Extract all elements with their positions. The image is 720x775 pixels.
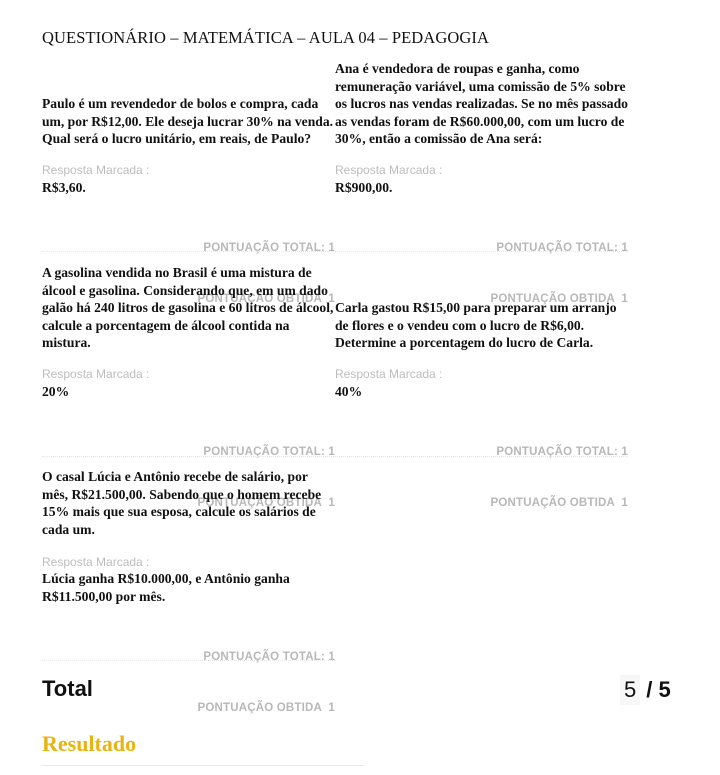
- question-card: O casal Lúcia e Antônio recebe de salári…: [42, 468, 335, 653]
- question-card: A gasolina vendida no Brasil é uma mistu…: [42, 264, 335, 444]
- result-divider: [42, 765, 364, 766]
- divider: [42, 660, 335, 661]
- score-obtained: PONTUAÇÃO OBTIDA 1: [197, 700, 335, 717]
- divider: [42, 251, 628, 252]
- total-score: 5 / 5: [620, 675, 671, 705]
- question-card: Paulo é um revendedor de bolos e compra,…: [42, 60, 335, 240]
- score-max-total: / 5: [646, 677, 670, 703]
- question-text: Ana é vendedora de roupas e ganha, como …: [335, 60, 635, 148]
- answer-label: Resposta Marcada :: [335, 163, 442, 177]
- score-obtained-total: 5: [620, 675, 640, 705]
- answer-label: Resposta Marcada :: [42, 367, 149, 381]
- answer-label: Resposta Marcada :: [42, 555, 149, 569]
- answer-text: R$900,00.: [335, 179, 625, 197]
- question-card: Carla gastou R$15,00 para preparar um ar…: [335, 264, 628, 444]
- answer-label: Resposta Marcada :: [335, 367, 442, 381]
- divider: [42, 456, 628, 457]
- answer-label: Resposta Marcada :: [42, 163, 149, 177]
- answer-text: 20%: [42, 383, 332, 401]
- question-text: O casal Lúcia e Antônio recebe de salári…: [42, 468, 342, 538]
- answer-text: 40%: [335, 383, 625, 401]
- answer-text: R$3,60.: [42, 179, 332, 197]
- score-total: PONTUAÇÃO TOTAL: 1: [490, 444, 628, 461]
- result-heading: Resultado: [42, 731, 136, 757]
- question-text: A gasolina vendida no Brasil é uma mistu…: [42, 264, 342, 352]
- score-block: PONTUAÇÃO TOTAL: 1 PONTUAÇÃO OBTIDA 1: [197, 615, 335, 751]
- question-row: O casal Lúcia e Antônio recebe de salári…: [42, 468, 628, 653]
- total-label: Total: [42, 676, 93, 702]
- score-total: PONTUAÇÃO TOTAL: 1: [197, 444, 335, 461]
- page-title: QUESTIONÁRIO – MATEMÁTICA – AULA 04 – PE…: [42, 28, 489, 48]
- question-text: Paulo é um revendedor de bolos e compra,…: [42, 95, 342, 148]
- question-row: Paulo é um revendedor de bolos e compra,…: [42, 60, 628, 240]
- question-row: A gasolina vendida no Brasil é uma mistu…: [42, 264, 628, 444]
- score-total: PONTUAÇÃO TOTAL: 1: [197, 240, 335, 257]
- score-total: PONTUAÇÃO TOTAL: 1: [197, 649, 335, 666]
- score-total: PONTUAÇÃO TOTAL: 1: [490, 240, 628, 257]
- answer-text: Lúcia ganha R$10.000,00, e Antônio ganha…: [42, 570, 332, 606]
- question-card: Ana é vendedora de roupas e ganha, como …: [335, 60, 628, 240]
- empty-cell: [335, 468, 628, 653]
- question-text: Carla gastou R$15,00 para preparar um ar…: [335, 299, 635, 352]
